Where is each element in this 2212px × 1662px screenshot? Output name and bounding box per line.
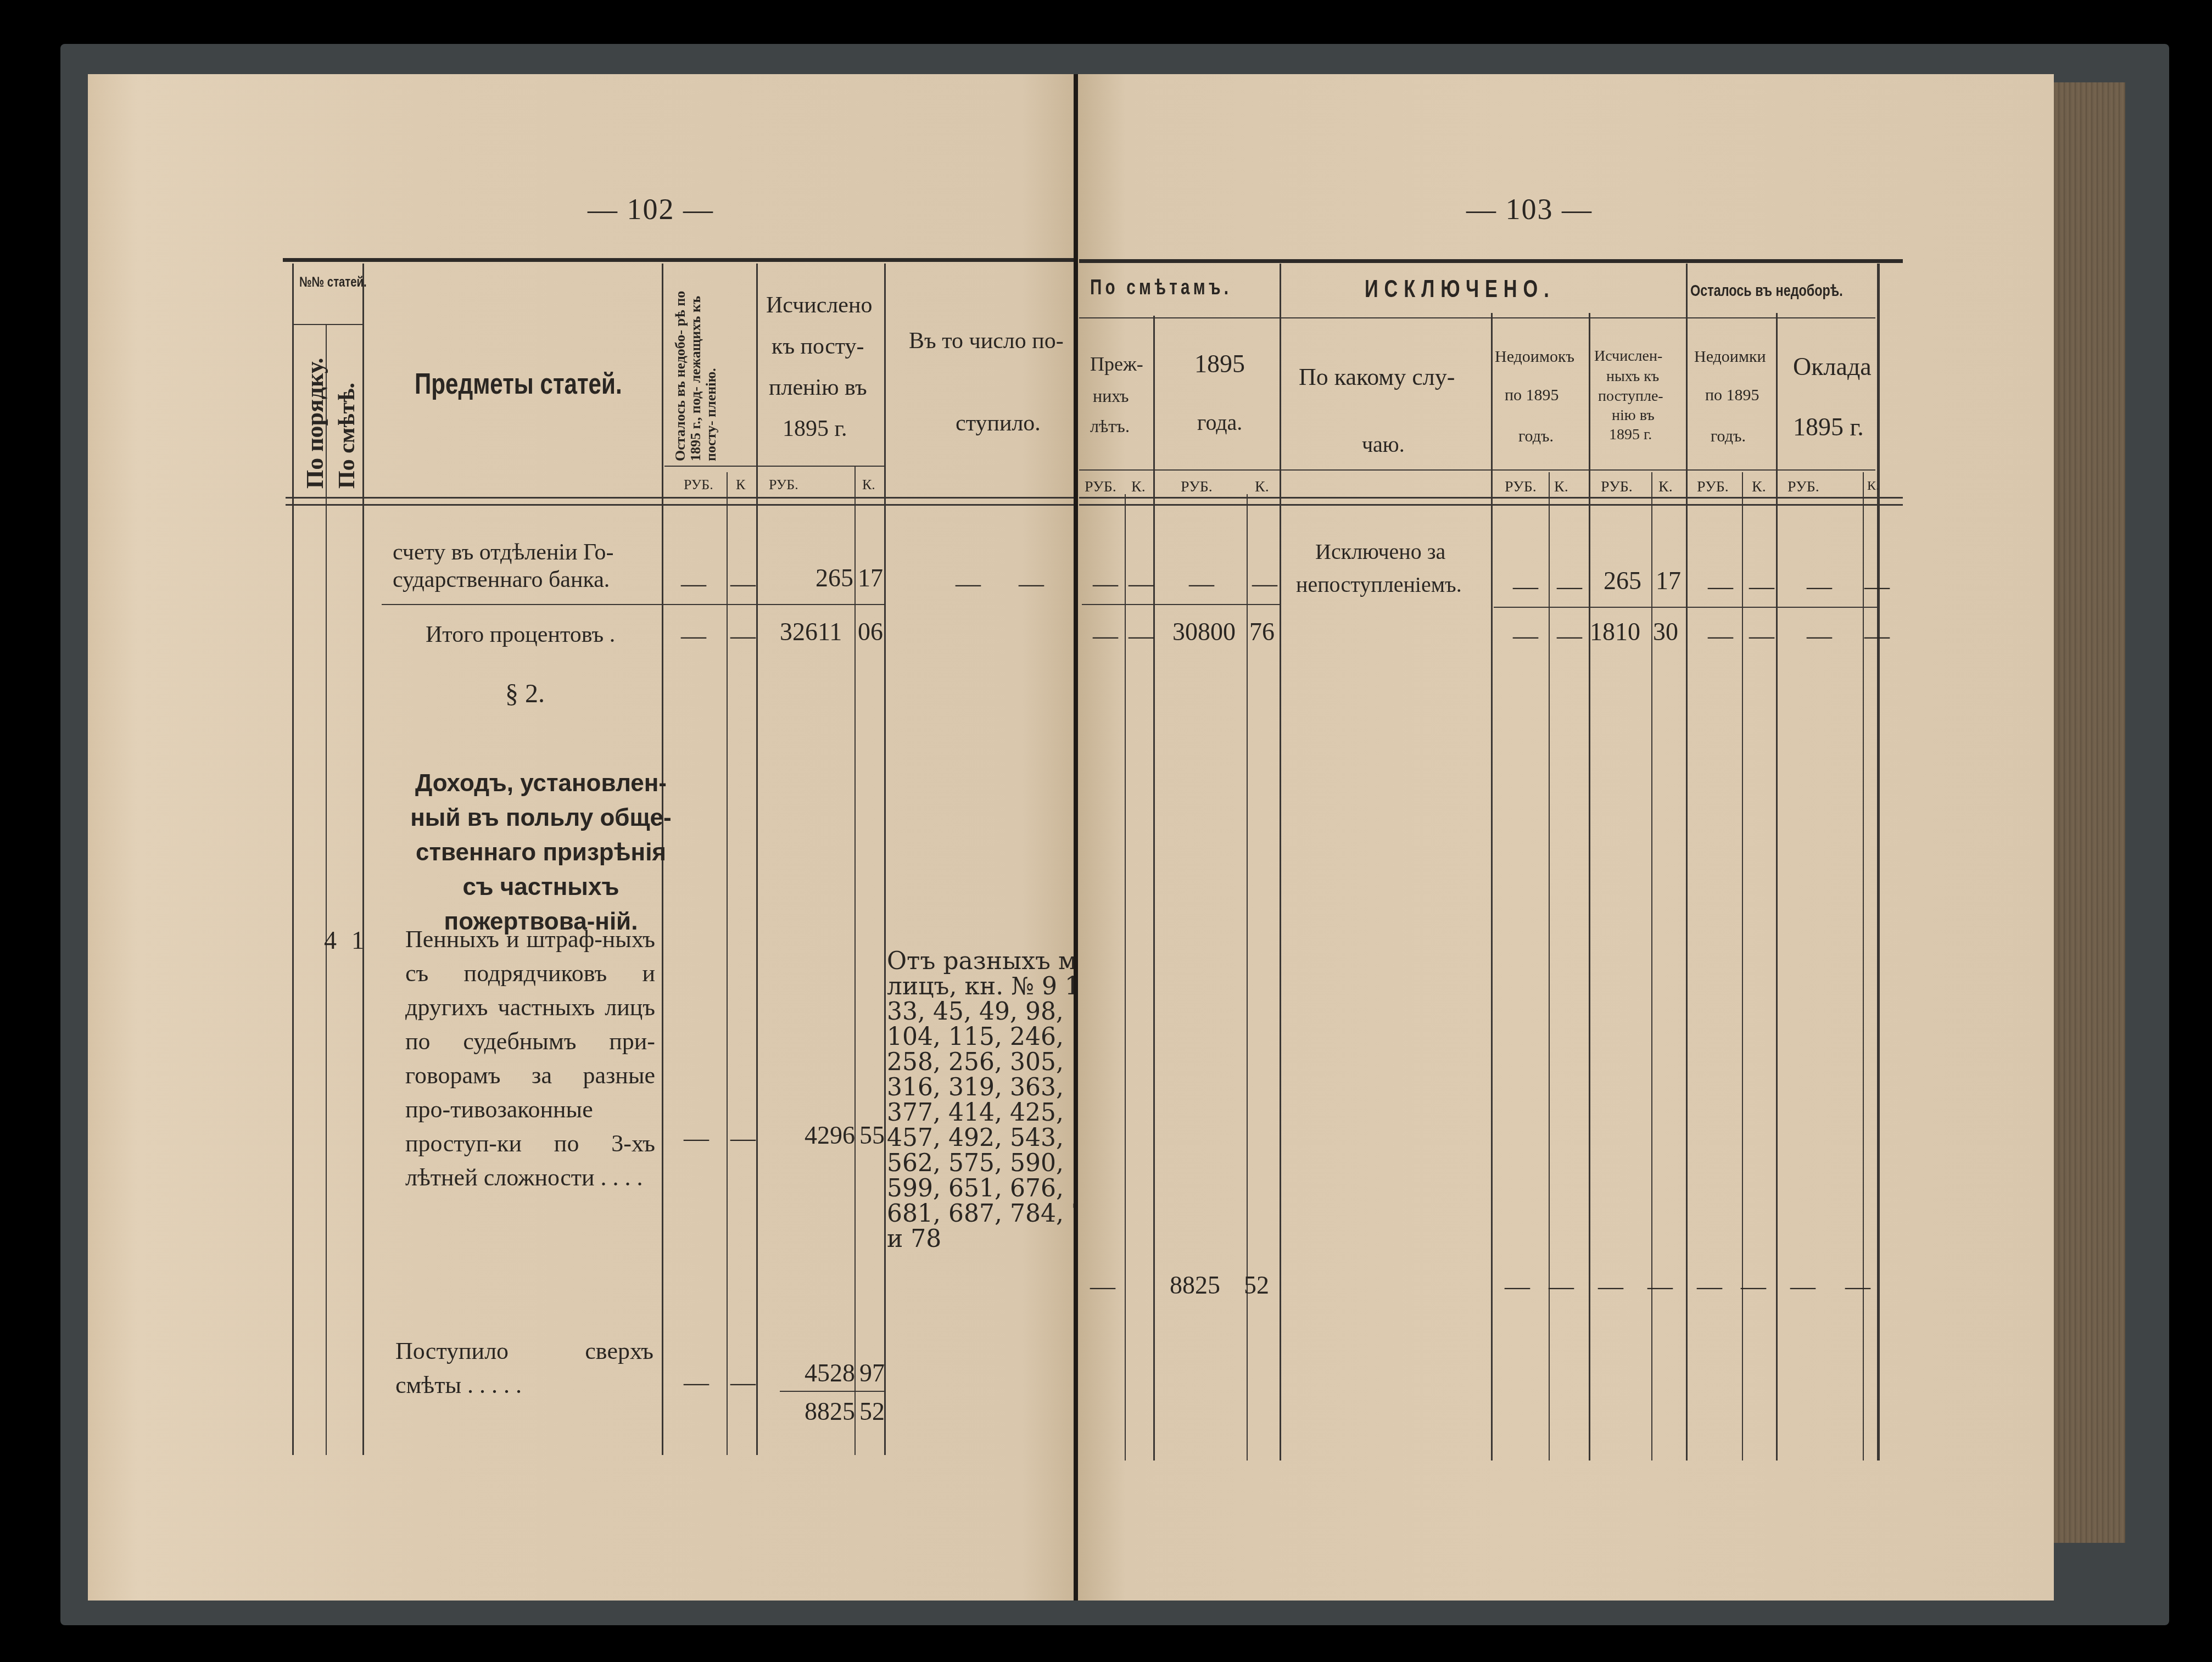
cell: — —: [956, 571, 1044, 596]
cell: —: [1790, 1274, 1816, 1299]
row-bank-case-2: непоступленіемъ.: [1296, 574, 1462, 596]
table-top-rule-left: [283, 258, 1074, 262]
cell: —: [1129, 623, 1154, 648]
cell: —: [1513, 574, 1538, 599]
cell: —: [1090, 1274, 1115, 1299]
cell: —: [1557, 623, 1582, 648]
col-line: [1153, 316, 1155, 1460]
over-estimate-subject: Поступило сверхъ смѣты . . . . .: [395, 1334, 653, 1402]
row-line: [1079, 469, 1875, 471]
right-page: [1076, 74, 2054, 1601]
col-line: [884, 264, 886, 1455]
header-article-numbers: №№ статей.: [299, 275, 367, 289]
cell: —: [1598, 1274, 1623, 1299]
header-case-1: По какому слу-: [1299, 365, 1455, 389]
header-previous-3: лѣтъ.: [1090, 417, 1130, 435]
header-arrears2-1: Недоимки: [1694, 349, 1766, 365]
cell: 32611: [780, 619, 842, 645]
header-rub: РУБ.: [1181, 479, 1213, 495]
header-arrears2-2: по 1895: [1705, 387, 1759, 404]
fines-received-note: Отъ разныхъ мѣ и лицъ, кн. № 9 15, 33, 4…: [887, 949, 1074, 1252]
cell: —: [1708, 623, 1733, 648]
cell: —: [1505, 1274, 1530, 1299]
cell: —: [1093, 571, 1118, 596]
cell: —: [681, 623, 706, 648]
header-1895: 1895: [1194, 351, 1245, 377]
header-rub: РУБ.: [1697, 479, 1729, 495]
cell: —: [730, 623, 756, 648]
cell: 30: [1653, 619, 1678, 645]
section-paragraph: § 2.: [505, 681, 545, 707]
header-calc-3: поступле-: [1598, 389, 1663, 404]
row-line: [1494, 607, 1878, 608]
cell: —: [1864, 574, 1890, 599]
header-remaining-shortfall: Осталось въ недоборѣ.: [1690, 283, 1843, 299]
cell: 17: [858, 566, 883, 591]
header-arrears-3: годъ.: [1518, 428, 1554, 445]
fines-by-order: 4: [324, 928, 337, 953]
header-by-estimate: По смѣтѣ.: [334, 329, 360, 489]
header-arrears-2: по 1895: [1505, 387, 1559, 404]
header-subjects: Предметы статей.: [415, 369, 622, 399]
row-total-subject: Итого процентовъ .: [426, 623, 615, 646]
header-kop: К.: [862, 478, 875, 492]
header-rub: РУБ.: [1788, 479, 1819, 495]
cell: —: [1093, 623, 1118, 648]
row-line: [1082, 604, 1280, 605]
col-line: [756, 264, 758, 1455]
row-line: [664, 466, 884, 467]
header-of-which-1: Въ то число по-: [909, 329, 1064, 352]
header-excluded: ИСКЛЮЧЕНО.: [1365, 277, 1555, 301]
cell: 06: [858, 619, 883, 645]
cell: —: [730, 1370, 756, 1395]
col-line: [326, 324, 327, 1455]
header-year: года.: [1197, 412, 1242, 434]
table-top-rule-right: [1079, 259, 1903, 263]
header-calc-1: Исчислен-: [1594, 349, 1662, 364]
cell: —: [1741, 1274, 1766, 1299]
cell: —: [1807, 574, 1832, 599]
col-line: [1877, 264, 1880, 1460]
header-calculated-2: къ посту-: [772, 335, 864, 358]
header-kop: К.: [1867, 479, 1879, 493]
header-calc-5: 1895 г.: [1609, 427, 1652, 443]
cell: 55: [859, 1123, 885, 1148]
header-calculated-4: 1895 г.: [783, 417, 847, 440]
header-rub: РУБ.: [769, 478, 798, 492]
header-of-which-2: ступило.: [956, 412, 1041, 435]
header-calculated-3: пленію въ: [769, 376, 867, 399]
col-line: [727, 472, 728, 1455]
header-kop: К.: [1131, 479, 1146, 495]
col-line: [1247, 494, 1248, 1460]
cell: —: [1647, 1274, 1673, 1299]
page-number-left: — 102 —: [588, 192, 714, 226]
header-calc-4: нію въ: [1612, 408, 1655, 423]
cell: —: [1252, 571, 1277, 596]
cell: 4528: [805, 1361, 855, 1386]
book-gutter: [1074, 74, 1078, 1601]
cell: —: [1697, 1274, 1722, 1299]
col-line: [1125, 494, 1126, 1460]
row-line: [382, 604, 884, 605]
header-rub: РУБ.: [1505, 479, 1537, 495]
header-kop: К.: [1658, 479, 1673, 495]
header-by-estimates: По смѣтамъ.: [1090, 277, 1232, 298]
row-bank-case-1: Исключено за: [1315, 541, 1445, 563]
header-rub: РУБ.: [1085, 479, 1116, 495]
header-kop: К.: [1752, 479, 1766, 495]
cell: 97: [859, 1361, 885, 1386]
cell: 1810: [1590, 619, 1640, 645]
header-kop: К.: [1255, 479, 1269, 495]
cell: 30800: [1172, 619, 1236, 645]
cell: —: [1557, 574, 1582, 599]
cell: —: [681, 571, 706, 596]
cell: 265: [815, 566, 853, 591]
header-salary-1: Оклада: [1793, 354, 1872, 379]
col-line: [1863, 472, 1864, 1460]
cell: —: [684, 1126, 709, 1151]
col-line: [1742, 472, 1743, 1460]
cell: —: [1749, 574, 1774, 599]
cell: —: [1129, 571, 1154, 596]
row-bank-subject-2: сударственнаго банка.: [393, 563, 610, 597]
header-previous-2: нихъ: [1093, 387, 1129, 405]
cell: —: [1189, 571, 1214, 596]
cell: —: [1549, 1274, 1574, 1299]
col-line: [1491, 313, 1493, 1460]
cell: —: [1864, 623, 1890, 648]
page-edges: [2054, 82, 2125, 1543]
fines-received-note-clip: Отъ разныхъ мѣ и лицъ, кн. № 9 15, 33, 4…: [887, 949, 1074, 1344]
header-by-order: По порядку.: [301, 329, 329, 489]
over-estimate-total-kop: 52: [859, 1399, 885, 1424]
col-line: [1589, 313, 1590, 1460]
fines-by-estimate: 1: [351, 928, 364, 953]
cell: 8825: [1170, 1273, 1220, 1298]
section-title: Доходъ, установлен-ный въ польлу обще-ст…: [401, 766, 681, 939]
cell: —: [730, 571, 756, 596]
row-line: [294, 324, 362, 325]
col-line: [362, 264, 364, 1455]
cell: —: [730, 1126, 756, 1151]
cell: —: [684, 1370, 709, 1395]
cell: 4296: [805, 1123, 855, 1148]
header-case-2: чаю.: [1362, 434, 1405, 456]
row-line: [1079, 317, 1875, 318]
col-line: [854, 467, 856, 1455]
header-previous-1: Преж-: [1090, 354, 1143, 374]
header-kop: К.: [1554, 479, 1568, 495]
header-divider-left: [286, 497, 1074, 506]
header-arrears-1: Недоимокъ: [1495, 349, 1574, 365]
sum-line: [780, 1391, 884, 1392]
header-rub: РУБ.: [1601, 479, 1633, 495]
cell: 52: [1244, 1273, 1269, 1298]
cell: —: [1845, 1274, 1870, 1299]
cell: 265: [1604, 568, 1641, 594]
over-estimate-total-rub: 8825: [805, 1399, 855, 1424]
page-number-right: — 103 —: [1466, 192, 1593, 226]
fines-subject: Пенныхъ и штраф-ныхъ съ подрядчиковъ и д…: [405, 922, 655, 1195]
cell: —: [1807, 623, 1832, 648]
header-calculated-1: Исчислено: [766, 294, 872, 317]
header-kop: К: [736, 478, 745, 492]
col-line: [292, 264, 294, 1455]
cell: —: [1749, 623, 1774, 648]
cell: —: [1708, 574, 1733, 599]
col-line: [1280, 264, 1281, 1460]
header-rub: РУБ.: [684, 478, 713, 492]
col-line: [1776, 313, 1778, 1460]
col-line: [1686, 264, 1688, 1460]
col-line: [1651, 472, 1652, 1460]
header-calc-2: ныхъ къ: [1606, 369, 1659, 384]
header-remaining-arrears: Осталось въ недобо- рѣ по 1895 г., под- …: [673, 275, 719, 461]
header-arrears2-3: годъ.: [1711, 428, 1746, 445]
cell: 17: [1656, 568, 1681, 594]
col-line: [1549, 472, 1550, 1460]
cell: —: [1513, 623, 1538, 648]
cell: 76: [1249, 619, 1275, 645]
header-salary-2: 1895 г.: [1793, 415, 1864, 440]
